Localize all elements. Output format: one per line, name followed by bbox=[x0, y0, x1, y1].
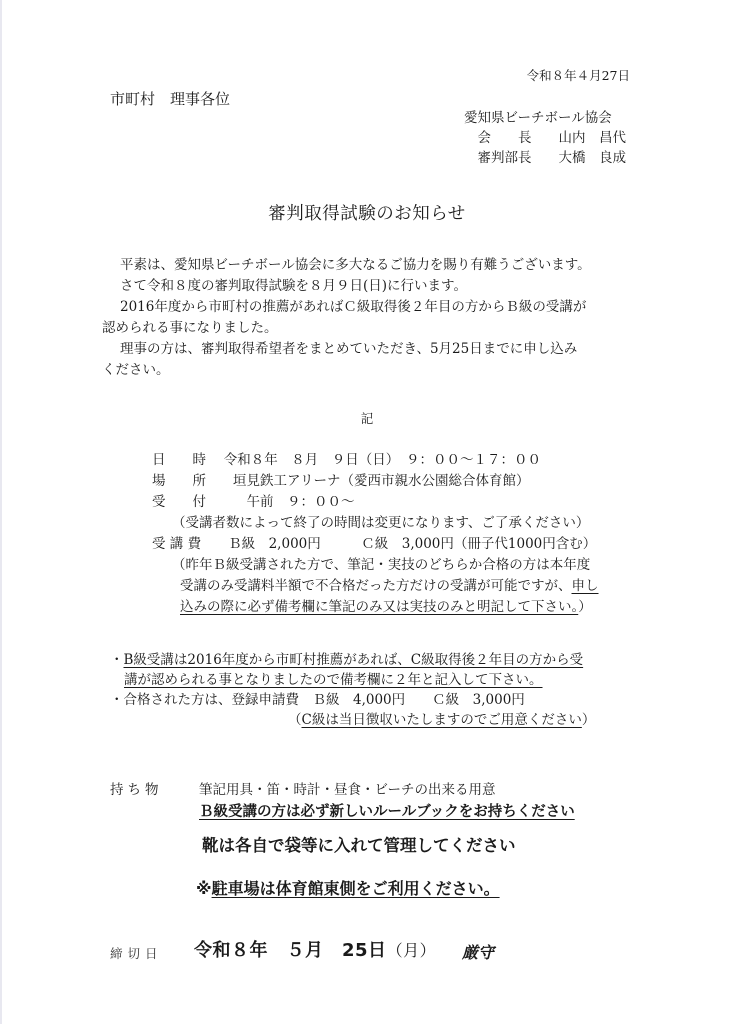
note-text: C級は当日徴収いたしますのでご用意ください bbox=[302, 712, 582, 728]
deadline-label: 締切日 bbox=[110, 944, 163, 962]
note-text: B級受講は2016年度から市町村推薦があれば、C級取得後２年目の方から受 bbox=[124, 652, 584, 668]
body-paragraph: 平素は、愛知県ビーチボール協会に多大なるご協力を賜り有難うございます。 さて令和… bbox=[102, 255, 642, 381]
deadline-weekday: （月） bbox=[387, 941, 437, 960]
ki-heading: 記 bbox=[2, 409, 730, 427]
signatory-referee-director: 審判部長 大橋 良成 bbox=[464, 148, 626, 168]
detail-label: 場 所 bbox=[152, 473, 206, 489]
note-text: 講が認められる事となりましたので備考欄に２年と記入して下さい。 bbox=[124, 672, 543, 688]
fee-note-underlined: 込みの際に必ず備考欄に筆記のみ又は実技のみと明記して下さい。 bbox=[180, 599, 578, 615]
fee-note-line1: （昨年Ｂ級受講された方で、筆記・実技のどちらか合格の方は本年度 bbox=[152, 555, 599, 576]
detail-label: 受 講 費 bbox=[152, 536, 201, 552]
fee-note-line2: 受講のみ受講料半額で不合格だった方だけの受講が可能ですが、申し bbox=[152, 576, 599, 597]
notes-section: ・B級受講は2016年度から市町村推薦があれば、C級取得後２年目の方から受 講が… bbox=[110, 650, 595, 730]
detail-datetime: 日 時 令和８年 ８月 ９日（日） ９：００～１７：００ bbox=[152, 450, 599, 471]
body-line: ください。 bbox=[102, 360, 642, 381]
fee-c-class: Ｃ級 3,000円（冊子代1000円含む） bbox=[361, 536, 596, 552]
strict-label: 厳守 bbox=[462, 940, 494, 963]
fee-note-underlined: 申し bbox=[572, 578, 599, 594]
body-line: 理事の方は、審判取得希望者をまとめていただき、5月25日までに申し込み bbox=[102, 339, 642, 360]
items-label: 持ち物 bbox=[110, 778, 163, 798]
paren: （ bbox=[288, 712, 302, 728]
sender-block: 愛知県ビーチボール協会 会 長 山内 昌代 審判部長 大橋 良成 bbox=[464, 108, 626, 168]
note-b-class-cont: 講が認められる事となりましたので備考欄に２年と記入して下さい。 bbox=[110, 670, 595, 690]
fee-note-text: 受講のみ受講料半額で不合格だった方だけの受講が可能ですが、 bbox=[180, 578, 572, 594]
detail-value: 令和８年 ８月 ９日（日） ９：００～１７：００ bbox=[224, 452, 541, 468]
organization-name: 愛知県ビーチボール協会 bbox=[464, 108, 626, 128]
fee-note-line3: 込みの際に必ず備考欄に筆記のみ又は実技のみと明記して下さい。） bbox=[152, 597, 599, 618]
shoes-note: 靴は各自で袋等に入れて管理してください bbox=[202, 832, 516, 856]
addressee: 市町村 理事各位 bbox=[110, 88, 230, 109]
body-line: 2016年度から市町村の推薦があればＣ級取得後２年目の方からＢ級の受講が bbox=[102, 297, 642, 318]
detail-value: 午前 ９：００～ bbox=[247, 494, 355, 510]
detail-fee: 受 講 費 Ｂ級 2,000円 Ｃ級 3,000円（冊子代1000円含む） bbox=[152, 534, 599, 555]
reception-note: （受講者数によって終了の時間は変更になります、ご了承ください） bbox=[152, 513, 599, 534]
note-registration-fee: ・合格された方は、登録申請費 Ｂ級 4,000円 Ｃ級 3,000円 bbox=[110, 690, 595, 710]
rulebook-note: Ｂ級受講の方は必ず新しいルールブックをお持ちください bbox=[199, 800, 575, 821]
paren: ） bbox=[582, 712, 596, 728]
detail-place: 場 所 垣見鉄工アリーナ（愛西市親水公園総合体育館） bbox=[152, 471, 599, 492]
document-title: 審判取得試験のお知らせ bbox=[2, 200, 730, 225]
document-date: 令和８年４月27日 bbox=[527, 66, 630, 84]
fee-note-text: ） bbox=[578, 599, 592, 615]
body-line: 認められる事になりました。 bbox=[102, 318, 642, 339]
reference-mark-icon: ※ bbox=[196, 879, 212, 898]
items-text: 筆記用具・笛・時計・昼食・ビーチの出来る用意 bbox=[199, 778, 495, 798]
note-text: 合格された方は、登録申請費 Ｂ級 4,000円 Ｃ級 3,000円 bbox=[124, 692, 525, 708]
deadline-date-text: 令和８年 ５月 25日 bbox=[194, 940, 387, 961]
note-c-class-collection: （C級は当日徴収いたしますのでご用意ください） bbox=[110, 710, 595, 730]
note-b-class: ・B級受講は2016年度から市町村推薦があれば、C級取得後２年目の方から受 bbox=[110, 650, 595, 670]
signatory-president: 会 長 山内 昌代 bbox=[464, 128, 626, 148]
fee-b-class: Ｂ級 2,000円 bbox=[228, 536, 321, 552]
details-section: 日 時 令和８年 ８月 ９日（日） ９：００～１７：００ 場 所 垣見鉄工アリー… bbox=[152, 450, 599, 618]
parking-note: ※駐車場は体育館東側をご利用ください。 bbox=[196, 876, 500, 899]
bullet-icon: ・ bbox=[110, 692, 124, 708]
deadline-date: 令和８年 ５月 25日（月） bbox=[194, 936, 436, 962]
detail-label: 日 時 bbox=[152, 452, 206, 468]
detail-reception: 受 付 午前 ９：００～ bbox=[152, 492, 599, 513]
parking-text: 駐車場は体育館東側をご利用ください。 bbox=[212, 879, 500, 898]
detail-label: 受 付 bbox=[152, 494, 206, 510]
body-line: 平素は、愛知県ビーチボール協会に多大なるご協力を賜り有難うございます。 bbox=[102, 255, 642, 276]
body-line: さて令和８度の審判取得試験を８月９日(日)に行います。 bbox=[102, 276, 642, 297]
detail-value: 垣見鉄工アリーナ（愛西市親水公園総合体育館） bbox=[233, 473, 529, 489]
bullet-icon: ・ bbox=[110, 652, 124, 668]
